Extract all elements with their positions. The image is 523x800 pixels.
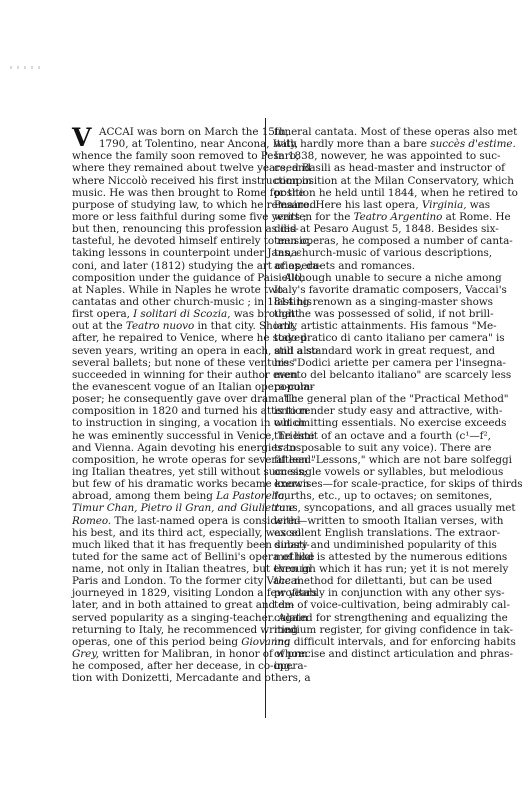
text-line: served popularity as a singing-teacher. … [72, 612, 262, 624]
text-line: taking lessons in counterpoint under Jan… [72, 247, 262, 259]
text-line: the limit of an octave and a fourth (c¹—… [274, 430, 450, 442]
text-line: on single vowels or syllables, but melod… [274, 466, 450, 478]
text-line: he composed, after her decease, in co-op… [72, 660, 262, 672]
right-column: funeral cantata. Most of these operas al… [274, 126, 450, 672]
text-line: tasteful, he devoted himself entirely to… [72, 235, 262, 247]
text-line: Italy's favorite dramatic composers, Vac… [274, 284, 450, 296]
text-line: fourths, etc., up to octaves; on semiton… [274, 490, 450, 502]
text-line: cantatas and other church-music ; in 181… [72, 296, 262, 308]
text-line: that he was possessed of solid, if not b… [274, 308, 450, 320]
text-line: succeeded in winning for their author ev… [72, 369, 262, 381]
text-line: ing Italian theatres, yet still without … [72, 466, 262, 478]
text-line: tem of voice-cultivation, being admirabl… [274, 599, 450, 611]
text-line: medium register, for giving confidence i… [274, 624, 450, 636]
text-line: with hardly more than a bare succès d'es… [274, 138, 450, 150]
text-line: died at Pesaro August 5, 1848. Besides s… [274, 223, 450, 235]
text-line: In 1838, nowever, he was appointed to su… [274, 150, 450, 162]
text-line: composition in 1820 and turned his atten… [72, 405, 262, 417]
text-line: and Vienna. Again devoting his energies … [72, 442, 262, 454]
text-line: composition at the Milan Conservatory, w… [274, 175, 450, 187]
text-line: more or less faithful during some five y… [72, 211, 262, 223]
text-line: out at the Teatro nuovo in that city. Sh… [72, 320, 262, 332]
text-line: Paris and London. To the former city Vac… [72, 575, 262, 587]
text-line: is to render study easy and attractive, … [274, 405, 450, 417]
text-line: tas, church-music of various description… [274, 247, 450, 259]
text-line: but few of his dramatic works became kno… [72, 478, 262, 490]
text-line: dinary and undiminished popularity of th… [274, 539, 450, 551]
text-line: after, he repaired to Venice, where he s… [72, 332, 262, 344]
text-line: to instruction in singing, a vocation in… [72, 417, 262, 429]
text-line: Romeo. The last-named opera is considere… [72, 515, 262, 527]
text-line: todo pratico di canto italiano per camer… [274, 332, 450, 344]
text-line: runs, syncopations, and all graces usual… [274, 502, 450, 514]
text-line: exercises—for scale-practice, for skips … [274, 478, 450, 490]
text-line: abroad, among them being La Pastorella, [72, 490, 262, 502]
text-line: purpose of studying law, to which he rem… [72, 199, 262, 211]
text-line: mento del belcanto italiano" are scarcel… [274, 369, 450, 381]
text-line: out omitting essentials. No exercise exc… [274, 417, 450, 429]
column-divider [265, 118, 266, 718]
text-line: written for the Teatro Argentino at Rome… [274, 211, 450, 223]
scan-speck [10, 66, 45, 69]
text-line: profitably in conjunction with any other… [274, 587, 450, 599]
text-line: with—written to smooth Italian verses, w… [274, 515, 450, 527]
text-line: where they remained about twelve years, … [72, 162, 262, 174]
text-line: composition, he wrote operas for several… [72, 454, 262, 466]
text-line: arias, duets and romances. [274, 260, 450, 272]
text-line: music. He was then brought to Rome for t… [72, 187, 262, 199]
text-line: poser; he consequently gave over dramati… [72, 393, 262, 405]
text-line: where Niccolò received his first instruc… [72, 175, 262, 187]
text-line: first opera, I solitari di Scozia, was b… [72, 308, 262, 320]
text-line: name, not only in Italian theatres, but … [72, 563, 262, 575]
text-line: journeyed in 1829, visiting London a few… [72, 587, 262, 599]
text-line: seven years, writing an opera in each, a… [72, 345, 262, 357]
text-line: much liked that it has frequently been s… [72, 539, 262, 551]
text-line: excellent English translations. The extr… [274, 527, 450, 539]
text-line: ACCAI was born on March the 15th, [72, 126, 262, 138]
text-line: method is attested by the numerous editi… [274, 551, 450, 563]
text-line: Grey, written for Malibran, in honor of … [72, 648, 262, 660]
text-line: but then, renouncing this profession as … [72, 223, 262, 235]
text-line: his best, and its third act, especially,… [72, 527, 262, 539]
text-line: Although unable to secure a niche among [274, 272, 450, 284]
text-line: later, and in both attained to great and… [72, 599, 262, 611]
text-line: ing difficult intervals, and for enforci… [274, 636, 450, 648]
text-line: the method for dilettanti, but can be us… [274, 575, 450, 587]
text-line: tuted for the same act of Bellini's oper… [72, 551, 262, 563]
text-line: 1790, at Tolentino, near Ancona, Italy, [72, 138, 262, 150]
text-line: at Naples. While in Naples he wrote two [72, 284, 262, 296]
text-line: coni, and later (1812) studying the art … [72, 260, 262, 272]
text-line: transposable to suit any voice). There a… [274, 442, 450, 454]
text-line: he was eminently successful in Venice, T… [72, 430, 262, 442]
text-line: returning to Italy, he recommenced writi… [72, 624, 262, 636]
text-line: operas, one of this period being Giovann… [72, 636, 262, 648]
text-line: culated for strengthening and equalizing… [274, 612, 450, 624]
text-line: funeral cantata. Most of these operas al… [274, 126, 450, 138]
left-column: ACCAI was born on March the 15th,1790, a… [72, 126, 262, 684]
text-line: of precise and distinct articulation and… [274, 648, 450, 660]
text-line: his "Dodici ariette per camera per l'ins… [274, 357, 450, 369]
text-line: The general plan of the "Practical Metho… [274, 393, 450, 405]
text-line: still a standard work in great request, … [274, 345, 450, 357]
text-line: popular [274, 381, 450, 393]
text-line: whence the family soon removed to Pesaro… [72, 150, 262, 162]
text-line: tion with Donizetti, Mercadante and othe… [72, 672, 262, 684]
text-line: Pesaro. Here his last opera, Virginia, w… [274, 199, 450, 211]
text-line: composition under the guidance of Paisie… [72, 272, 262, 284]
text-line: position he held until 1844, when he ret… [274, 187, 450, 199]
text-line: lasting renown as a singing-master shows [274, 296, 450, 308]
text-line: Timur Chan, Pietro il Gran, and Giuliett… [72, 502, 262, 514]
text-line: fifteen "Lessons," which are not bare so… [274, 454, 450, 466]
text-line: through which it has run; yet it is not … [274, 563, 450, 575]
text-line: iant, artistic attainments. His famous "… [274, 320, 450, 332]
text-line: the evanescent vogue of an Italian opera… [72, 381, 262, 393]
text-line: several ballets; but none of these ventu… [72, 357, 262, 369]
text-line: ceed Basili as head-master and instructo… [274, 162, 450, 174]
text-line: ing. [274, 660, 450, 672]
text-line: teen operas, he composed a number of can… [274, 235, 450, 247]
